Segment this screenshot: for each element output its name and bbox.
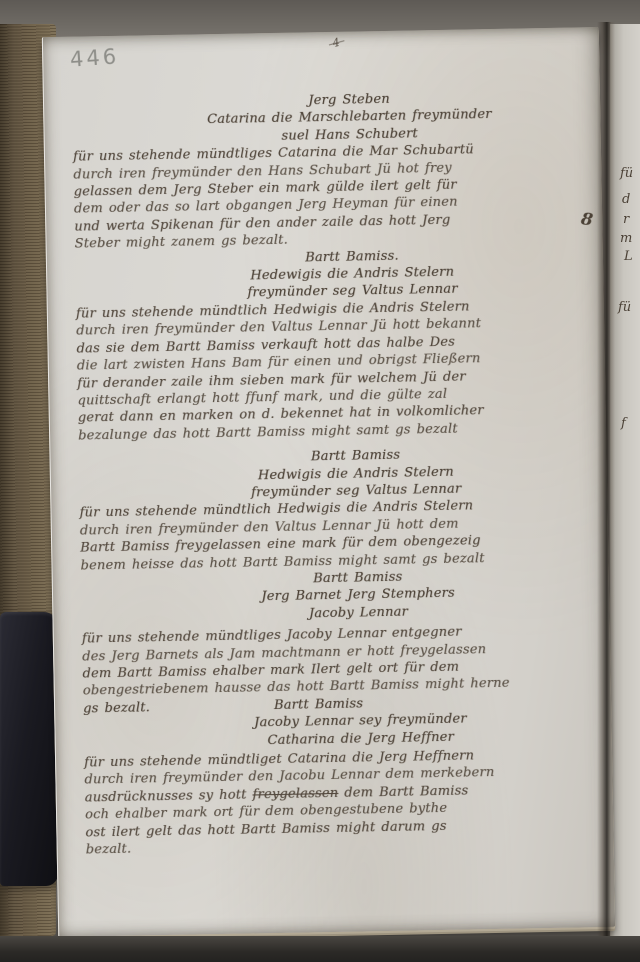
adjacent-page-text-fragment: d: [622, 192, 630, 207]
entry-5-body: für uns stehende mündtliget Catarina die…: [84, 745, 600, 859]
entry-4-body: für uns stehende mündtliges Jacoby Lenna…: [82, 621, 597, 700]
adjacent-page-text-fragment: fü: [620, 166, 633, 181]
adjacent-page-text-fragment: r: [623, 212, 629, 227]
entry-3-heading: Bartt Bamiss Hedwigis die Andris Stelern…: [78, 443, 593, 505]
entry-2-heading: Bartt Bamiss. Hedewigis die Andris Stele…: [75, 244, 590, 306]
manuscript-text: Jerg Steben Catarina die Marschlebarten …: [43, 27, 614, 860]
manuscript-photo: Jerg Steben Catarina die Marschlebarten …: [0, 0, 640, 962]
backdrop-bottom-shadow: [0, 936, 640, 962]
book-cover: [0, 612, 58, 886]
manuscript-line-segment: ausdrücknusses sy hott: [85, 787, 253, 805]
entry-1-body: für uns stehende mündtliges Catarina die…: [73, 139, 589, 253]
manuscript-line: gs bezalt.: [83, 699, 150, 718]
pencil-folio-number: 446: [69, 44, 120, 71]
adjacent-page-text-fragment: L: [624, 249, 633, 264]
adjacent-page-text-fragment: f: [621, 416, 626, 431]
entry-3-body: für uns stehende mündtlich Hedwigis die …: [79, 495, 594, 574]
adjacent-page-text-fragment: fü: [618, 300, 631, 315]
manuscript-page: Jerg Steben Catarina die Marschlebarten …: [42, 27, 615, 937]
adjacent-page-edge: [610, 24, 640, 938]
struck-word: freygelassen: [252, 786, 338, 803]
manuscript-line-segment: dem Bartt Bamiss: [338, 783, 468, 800]
entry-2-body: für uns stehende mündtlich Hedwigis die …: [76, 296, 592, 445]
margin-flourish: 8: [580, 209, 595, 230]
entry-4-heading: Bartt Bamiss Jerg Barnet Jerg Stemphers …: [81, 565, 596, 627]
adjacent-page-text-fragment: m: [620, 231, 632, 246]
entry-1-heading: Jerg Steben Catarina die Marschlebarten …: [72, 87, 587, 149]
ink-folio-mark: 4: [331, 35, 344, 44]
